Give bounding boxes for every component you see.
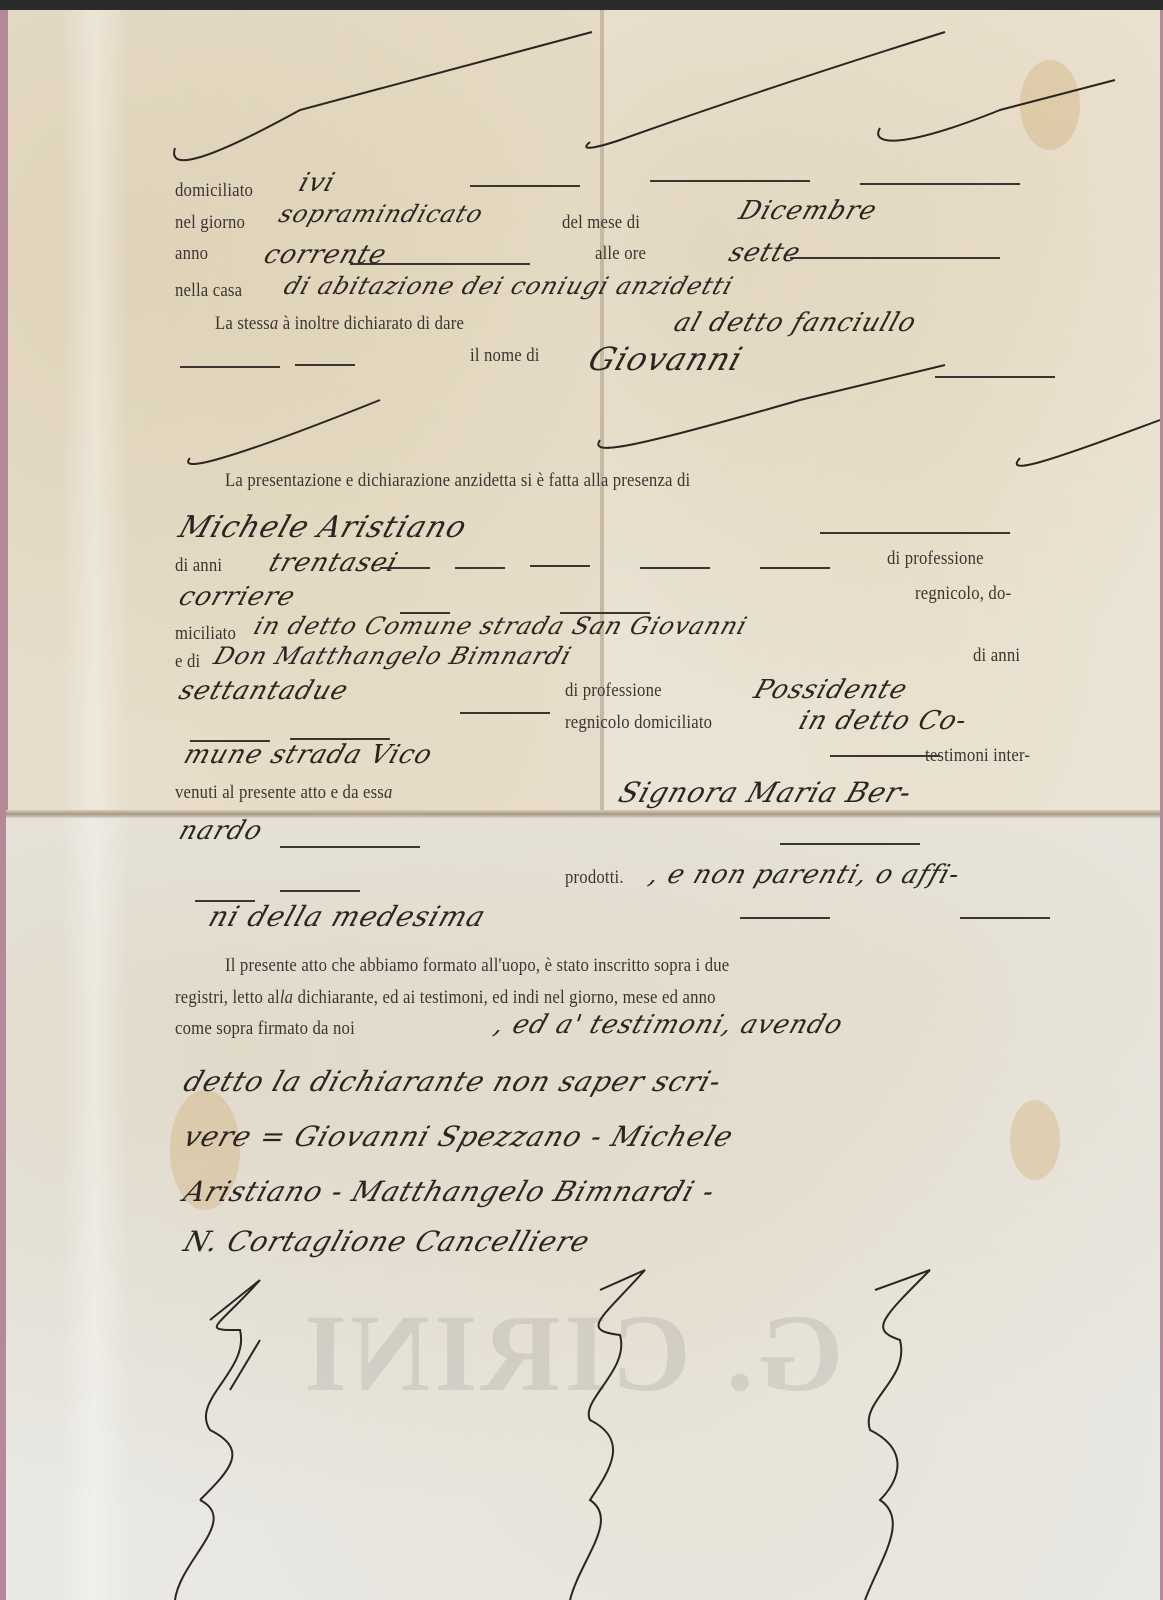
- hw-closing-3: Aristiano - Matthangelo Bimnardi -: [180, 1175, 720, 1208]
- rule: [860, 183, 1020, 185]
- rule: [960, 917, 1050, 919]
- hw-witness1-name: Michele Aristiano: [174, 510, 471, 545]
- hw-mese: Dicembre: [735, 196, 881, 226]
- hw-witness1-age: trentasei: [265, 548, 402, 578]
- label-domiciliato: domiciliato: [175, 180, 253, 202]
- rule: [470, 185, 580, 187]
- label-e-di: e di: [175, 651, 200, 673]
- label-di-professione-1: di professione: [887, 548, 984, 570]
- hw-witness2-prof: Possidente: [750, 675, 911, 705]
- rule: [790, 257, 1000, 259]
- hw-firmato: , ed a' testimoni, avendo: [490, 1010, 847, 1040]
- rule: [780, 843, 920, 845]
- hw-witness2-address-b: mune strada Vico: [180, 740, 437, 770]
- label-di-anni-2: di anni: [973, 645, 1020, 667]
- label-la-stessa: La stessa à inoltre dichiarato di dare: [215, 313, 464, 335]
- rule: [295, 364, 355, 366]
- rule: [280, 890, 360, 892]
- label-anno: anno: [175, 243, 208, 265]
- rule: [760, 567, 830, 569]
- label-il-presente-2: registri, letto alla dichiarante, ed ai …: [175, 987, 716, 1009]
- hw-giorno: sopramindicato: [275, 200, 487, 228]
- rule: [650, 180, 810, 182]
- hw-dare: al detto fanciullo: [670, 308, 920, 338]
- label-presentazione: La presentazione e dichiarazione anzidet…: [225, 470, 690, 492]
- label-nella-casa: nella casa: [175, 280, 242, 302]
- label-regnicolo-domiciliato: regnicolo domiciliato: [565, 712, 712, 734]
- label-il-presente-1: Il presente atto che abbiamo formato all…: [225, 955, 729, 977]
- label-di-professione-2: di professione: [565, 680, 662, 702]
- rule: [640, 567, 710, 569]
- hw-nardo: nardo: [175, 816, 267, 846]
- rule: [740, 917, 830, 919]
- label-alle-ore: alle ore: [595, 243, 646, 265]
- hw-casa: di abitazione dei coniugi anzidetti: [280, 272, 737, 300]
- hw-witness2-address-a: in detto Co-: [795, 706, 971, 736]
- rule: [280, 846, 420, 848]
- rule: [820, 532, 1010, 534]
- hw-closing-2: vere = Giovanni Spezzano - Michele: [180, 1120, 738, 1153]
- hw-medesima: ni della medesima: [205, 900, 491, 933]
- rule: [455, 567, 505, 569]
- rule: [935, 376, 1055, 378]
- hw-nome: Giovanni: [584, 340, 748, 378]
- label-testimoni-inter: testimoni inter-: [925, 745, 1030, 767]
- hw-ore: sette: [725, 238, 805, 268]
- label-il-presente-3: come sopra firmato da noi: [175, 1018, 355, 1040]
- hw-witness2-name: Don Matthangelo Bimnardi: [210, 642, 575, 670]
- hw-anno: corrente: [260, 240, 391, 270]
- label-di-anni-1: di anni: [175, 555, 222, 577]
- rule: [180, 366, 280, 368]
- hw-closing-4: N. Cortaglione Cancelliere: [180, 1225, 595, 1258]
- hw-prodotti: , e non parenti, o affi-: [645, 860, 964, 890]
- label-il-nome-di: il nome di: [470, 345, 540, 367]
- label-prodotti: prodotti.: [565, 867, 624, 889]
- rule: [830, 755, 940, 757]
- hw-witness1-address: in detto Comune strada San Giovanni: [250, 612, 751, 640]
- hw-signora: Signora Maria Ber-: [615, 776, 917, 809]
- rule: [530, 565, 590, 567]
- label-nel-giorno: nel giorno: [175, 212, 245, 234]
- hw-closing-1: detto la dichiarante non saper scri-: [180, 1065, 727, 1098]
- label-regnicolo-do: regnicolo, do-: [915, 583, 1011, 605]
- hw-witness1-prof: corriere: [175, 582, 299, 612]
- hw-witness2-age: settantadue: [175, 676, 352, 706]
- label-del-mese-di: del mese di: [562, 212, 640, 234]
- label-venuti: venuti al presente atto e da essa: [175, 782, 393, 804]
- rule: [460, 712, 550, 714]
